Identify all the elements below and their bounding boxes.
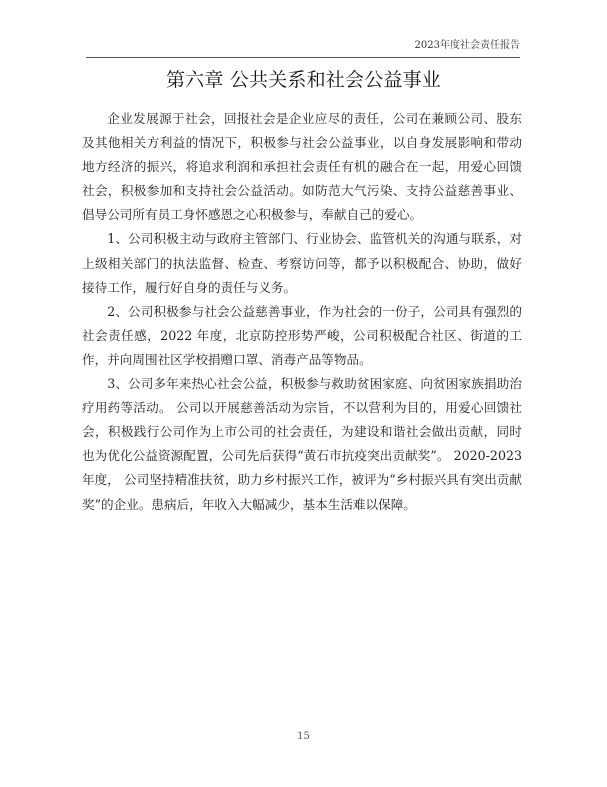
chapter-title: 第六章 公共关系和社会公益事业 <box>0 66 607 94</box>
paragraph-item-1: 1、公司积极主动与政府主管部门、行业协会、监管机关的沟通与联系，对上级相关部门的… <box>82 227 522 299</box>
body-text: 企业发展源于社会，回报社会是企业应尽的责任，公司在兼顾公司、股东及其他相关方利益… <box>82 107 522 517</box>
paragraph-intro: 企业发展源于社会，回报社会是企业应尽的责任，公司在兼顾公司、股东及其他相关方利益… <box>82 107 522 227</box>
running-header-title: 2023年度社会责任报告 <box>415 40 520 51</box>
paragraph-item-2: 2、公司积极参与社会公益慈善事业，作为社会的一份子，公司具有强烈的社会责任感，2… <box>82 300 522 372</box>
running-header: 2023年度社会责任报告 <box>86 37 520 58</box>
document-page: 2023年度社会责任报告 第六章 公共关系和社会公益事业 企业发展源于社会，回报… <box>0 0 607 787</box>
paragraph-item-3: 3、公司多年来热心社会公益，积极参与救助贫困家庭、向贫困家族捐助治疗用药等活动。… <box>82 372 522 517</box>
page-number: 15 <box>0 730 607 744</box>
